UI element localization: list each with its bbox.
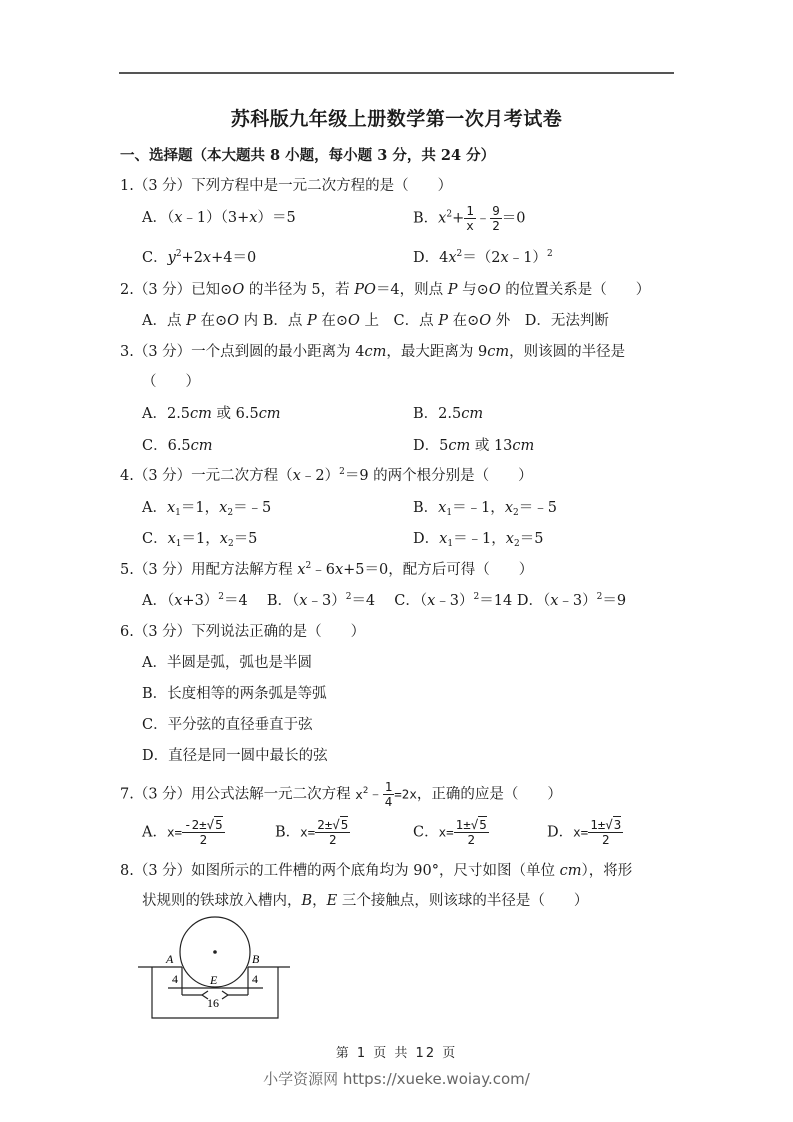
q4-option-a[interactable]: A．x1＝1，x2＝﹣5 bbox=[142, 498, 271, 518]
svg-text:16: 16 bbox=[207, 996, 219, 1010]
q7-option-a[interactable]: A．x=-2±√52 bbox=[142, 818, 225, 847]
q6-option-a[interactable]: A．半圆是弧，弧也是半圆 bbox=[142, 653, 312, 673]
q1-option-d[interactable]: D．4x2＝（2x﹣1）2 bbox=[413, 248, 553, 268]
question-5: 5.（3 分）用配方法解方程 x2﹣6x+5＝0，配方后可得（ ） bbox=[120, 560, 533, 580]
svg-text:4: 4 bbox=[252, 972, 258, 986]
q3-option-b[interactable]: B．2.5cm bbox=[413, 404, 483, 424]
q1-option-c[interactable]: C．y2+2x+4＝0 bbox=[142, 248, 256, 268]
q7-option-c[interactable]: C．x=1±√52 bbox=[413, 818, 489, 847]
header-rule bbox=[119, 72, 674, 74]
q3-option-a[interactable]: A．2.5cm 或 6.5cm bbox=[142, 404, 281, 424]
question-8-cont: 状规则的铁球放入槽内，B，E 三个接触点，则该球的半径是（ ） bbox=[142, 891, 588, 911]
watermark: 小学资源网 https://xueke.woiay.com/ bbox=[0, 1068, 793, 1089]
q3-option-d[interactable]: D．5cm 或 13cm bbox=[413, 436, 534, 456]
workpiece-groove-figure: A B E 4 4 16 bbox=[130, 910, 300, 1025]
q4-option-c[interactable]: C．x1＝1，x2＝5 bbox=[142, 529, 257, 549]
svg-text:4: 4 bbox=[172, 972, 178, 986]
q3-option-c[interactable]: C．6.5cm bbox=[142, 436, 213, 456]
q6-option-c[interactable]: C．平分弦的直径垂直于弦 bbox=[142, 715, 313, 735]
question-3-blank: （ ） bbox=[142, 372, 200, 392]
q2-options[interactable]: A．点 P 在⊙O 内 B．点 P 在⊙O 上 C．点 P 在⊙O 外 D．无法… bbox=[142, 311, 609, 331]
q1-option-a[interactable]: A．（x﹣1）（3+x）＝5 bbox=[142, 208, 296, 228]
q7-option-b[interactable]: B．x=2±√52 bbox=[275, 818, 350, 847]
question-8: 8.（3 分）如图所示的工件槽的两个底角均为 90°，尺寸如图（单位 cm），将… bbox=[120, 861, 632, 881]
question-4: 4.（3 分）一元二次方程（x﹣2）2＝9 的两个根分别是（ ） bbox=[120, 466, 533, 486]
question-7: 7.（3 分）用公式法解一元二次方程 x2﹣14=2x，正确的应是（ ） bbox=[120, 780, 562, 809]
center-dot bbox=[213, 950, 217, 954]
q4-option-b[interactable]: B．x1＝﹣1，x2＝﹣5 bbox=[413, 498, 557, 518]
question-6: 6.（3 分）下列说法正确的是（ ） bbox=[120, 622, 365, 642]
question-2: 2.（3 分）已知⊙O 的半径为 5，若 PO＝4，则点 P 与⊙O 的位置关系… bbox=[120, 280, 650, 300]
svg-text:E: E bbox=[209, 973, 218, 987]
question-1: 1.（3 分）下列方程中是一元二次方程的是（ ） bbox=[120, 176, 452, 196]
page-title: 苏科版九年级上册数学第一次月考试卷 bbox=[0, 104, 793, 131]
svg-text:A: A bbox=[165, 952, 174, 966]
question-3: 3.（3 分）一个点到圆的最小距离为 4cm，最大距离为 9cm，则该圆的半径是 bbox=[120, 342, 625, 362]
q1-option-b[interactable]: B．x2+1x﹣92＝0 bbox=[413, 204, 526, 233]
page-number: 第 1 页 共 12 页 bbox=[0, 1042, 793, 1061]
q7-option-d[interactable]: D．x=1±√32 bbox=[547, 818, 623, 847]
q4-option-d[interactable]: D．x1＝﹣1，x2＝5 bbox=[413, 529, 543, 549]
q6-option-d[interactable]: D．直径是同一圆中最长的弦 bbox=[142, 746, 328, 766]
q5-options[interactable]: A．（x+3）2＝4 B．（x﹣3）2＝4 C．（x﹣3）2＝14 D．（x﹣3… bbox=[142, 591, 626, 611]
svg-text:B: B bbox=[252, 952, 260, 966]
section-heading: 一、选择题（本大题共 8 小题，每小题 3 分，共 24 分） bbox=[120, 146, 495, 166]
q6-option-b[interactable]: B．长度相等的两条弧是等弧 bbox=[142, 684, 327, 704]
